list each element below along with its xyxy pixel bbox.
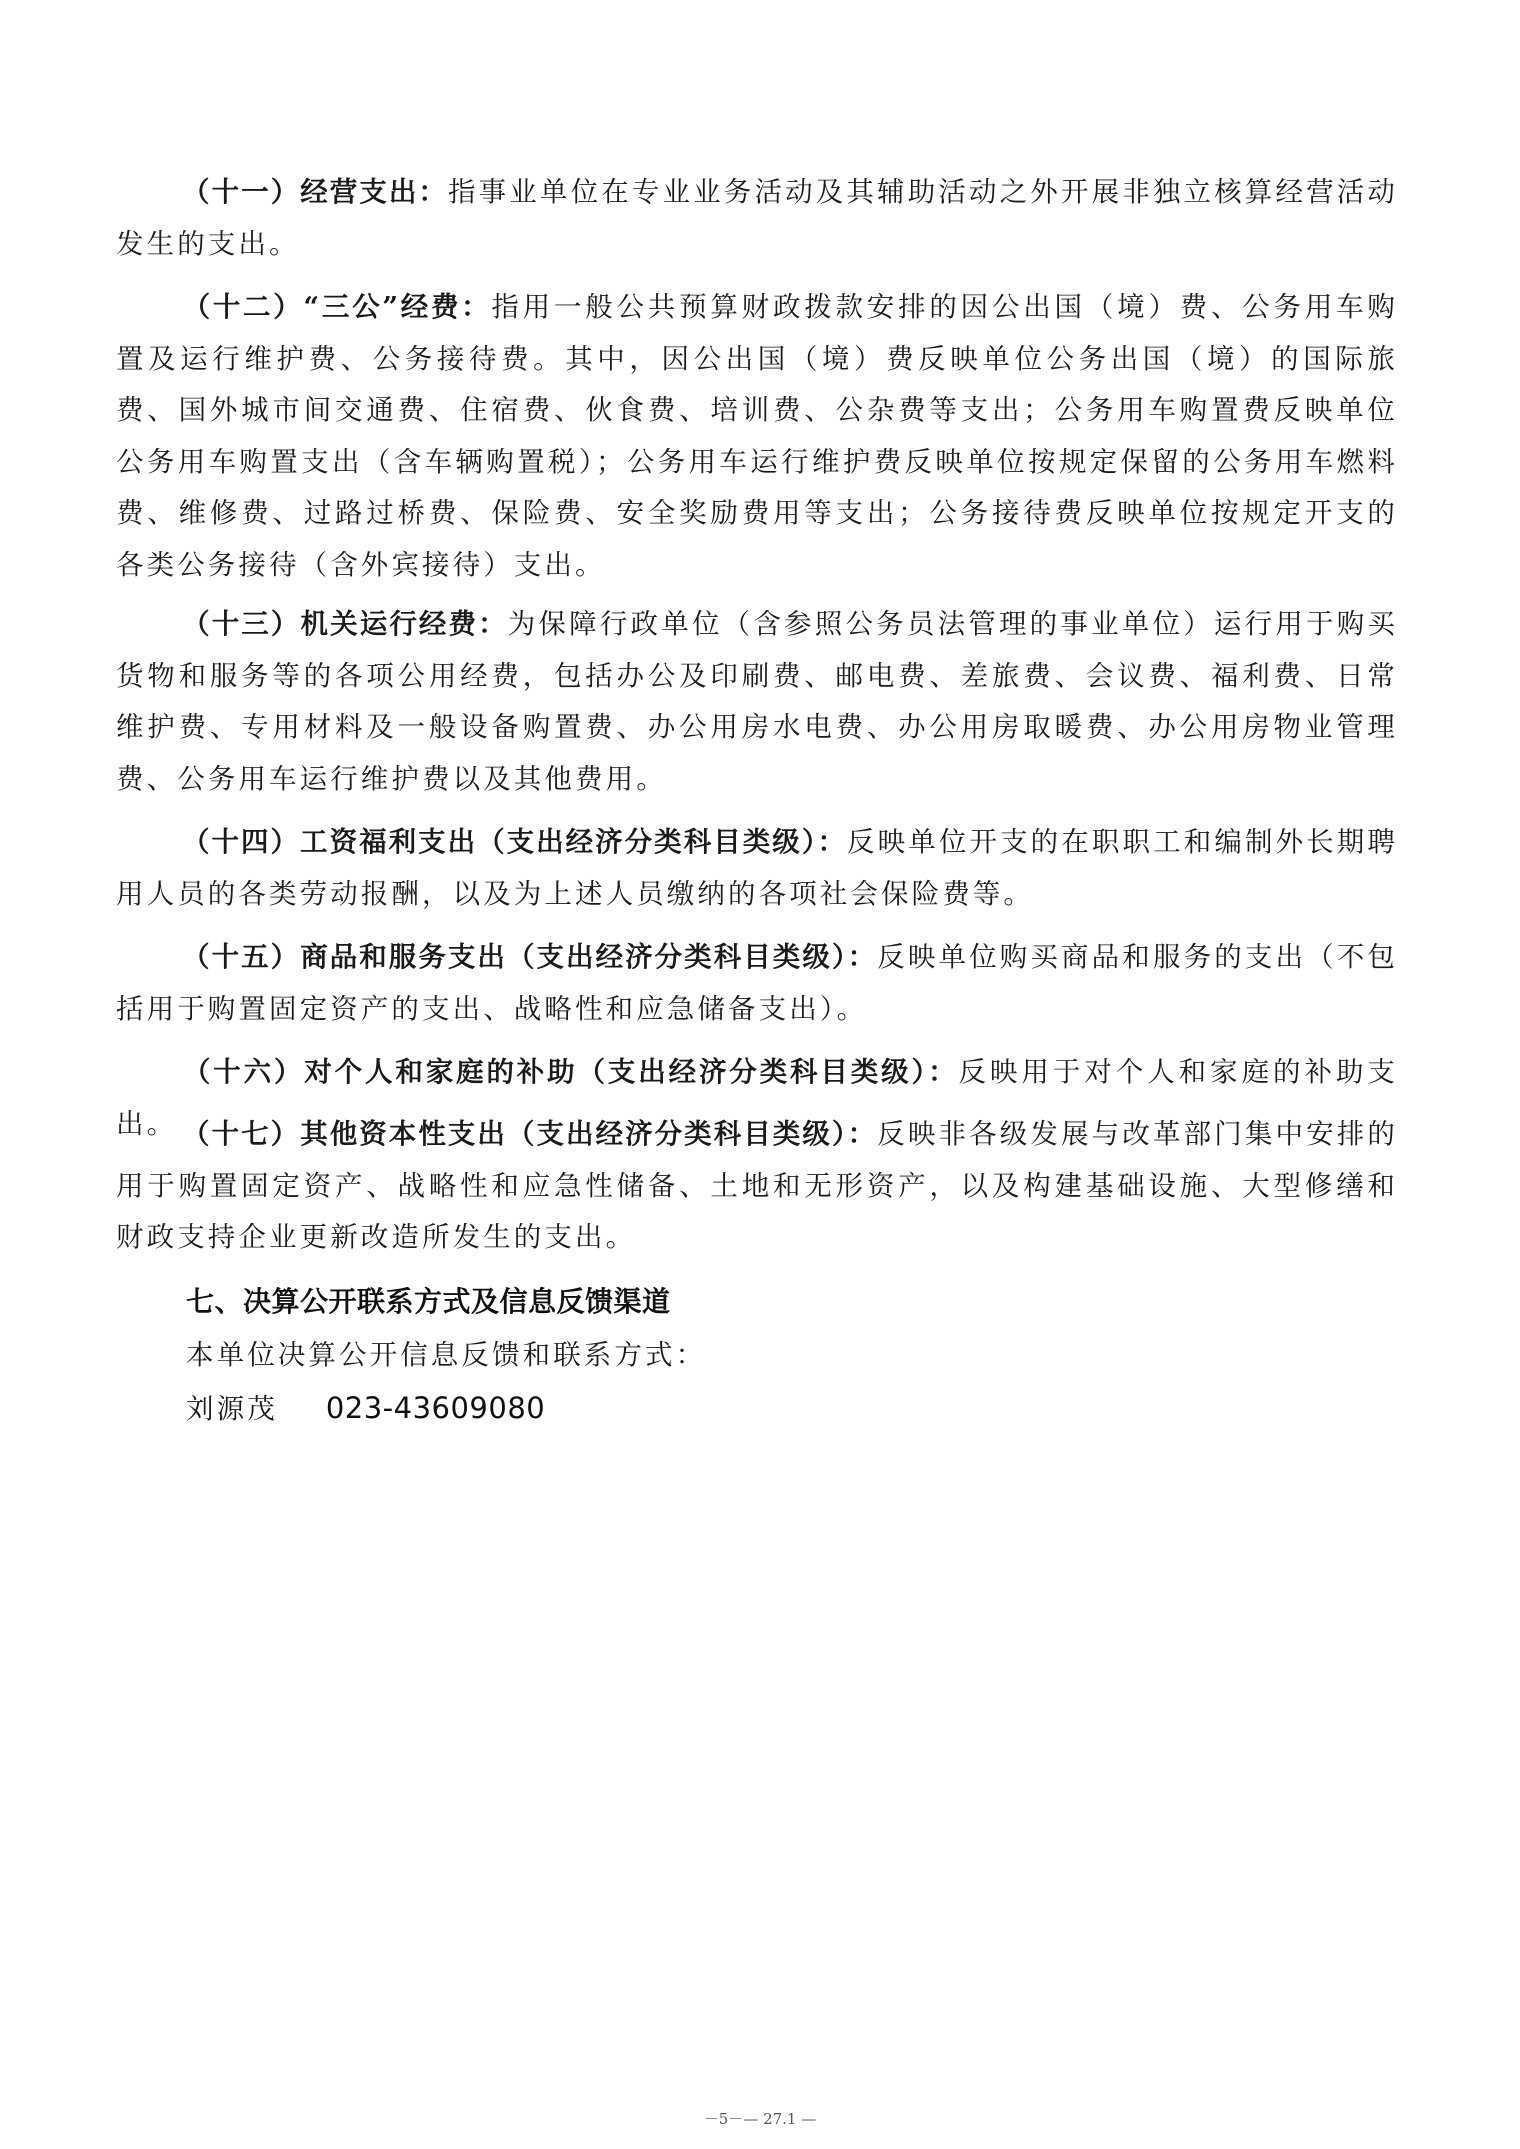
definition-term: （十七）其他资本性支出（支出经济分类科目类级）：	[182, 1118, 877, 1150]
definition-text: 指用一般公共预算财政拨款安排的因公出国（境）费、公务用车购置及运行维护费、公务接…	[116, 291, 1398, 581]
document-page: （十一）经营支出：指事业单位在专业业务活动及其辅助活动之外开展非独立核算经营活动…	[0, 0, 1520, 2149]
definition-paragraph-17: （十七）其他资本性支出（支出经济分类科目类级）：反映非各级发展与改革部门集中安排…	[116, 1109, 1398, 1264]
page-footer: －5－— 27.1 —	[0, 2108, 1520, 2129]
definition-term: （十六）对个人和家庭的补助（支出经济分类科目类级）：	[182, 1056, 958, 1088]
doc-marker: — 27.1 —	[743, 2110, 816, 2128]
contact-name: 刘源茂	[186, 1393, 278, 1425]
contact-intro: 本单位决算公开信息反馈和联系方式：	[186, 1332, 706, 1372]
definition-term: （十三）机关运行经费：	[182, 608, 508, 640]
definition-term: （十五）商品和服务支出（支出经济分类科目类级）：	[182, 941, 877, 973]
definition-term: （十一）经营支出：	[182, 176, 448, 208]
contact-phone: 023-43609080	[326, 1391, 545, 1425]
section-heading: 七、决算公开联系方式及信息反馈渠道	[186, 1280, 671, 1320]
definition-paragraph-11: （十一）经营支出：指事业单位在专业业务活动及其辅助活动之外开展非独立核算经营活动…	[116, 167, 1398, 270]
definition-paragraph-14: （十四）工资福利支出（支出经济分类科目类级）：反映单位开支的在职职工和编制外长期…	[116, 817, 1398, 920]
definition-paragraph-12: （十二）“三公”经费：指用一般公共预算财政拨款安排的因公出国（境）费、公务用车购…	[116, 282, 1398, 591]
contact-line: 刘源茂023-43609080	[186, 1386, 545, 1426]
definition-term: （十四）工资福利支出（支出经济分类科目类级）：	[182, 826, 847, 858]
page-number: －5－	[704, 2110, 744, 2128]
definition-paragraph-13: （十三）机关运行经费：为保障行政单位（含参照公务员法管理的事业单位）运行用于购买…	[116, 599, 1398, 805]
definition-term: （十二）“三公”经费：	[182, 291, 491, 323]
definition-paragraph-15: （十五）商品和服务支出（支出经济分类科目类级）：反映单位购买商品和服务的支出（不…	[116, 932, 1398, 1035]
